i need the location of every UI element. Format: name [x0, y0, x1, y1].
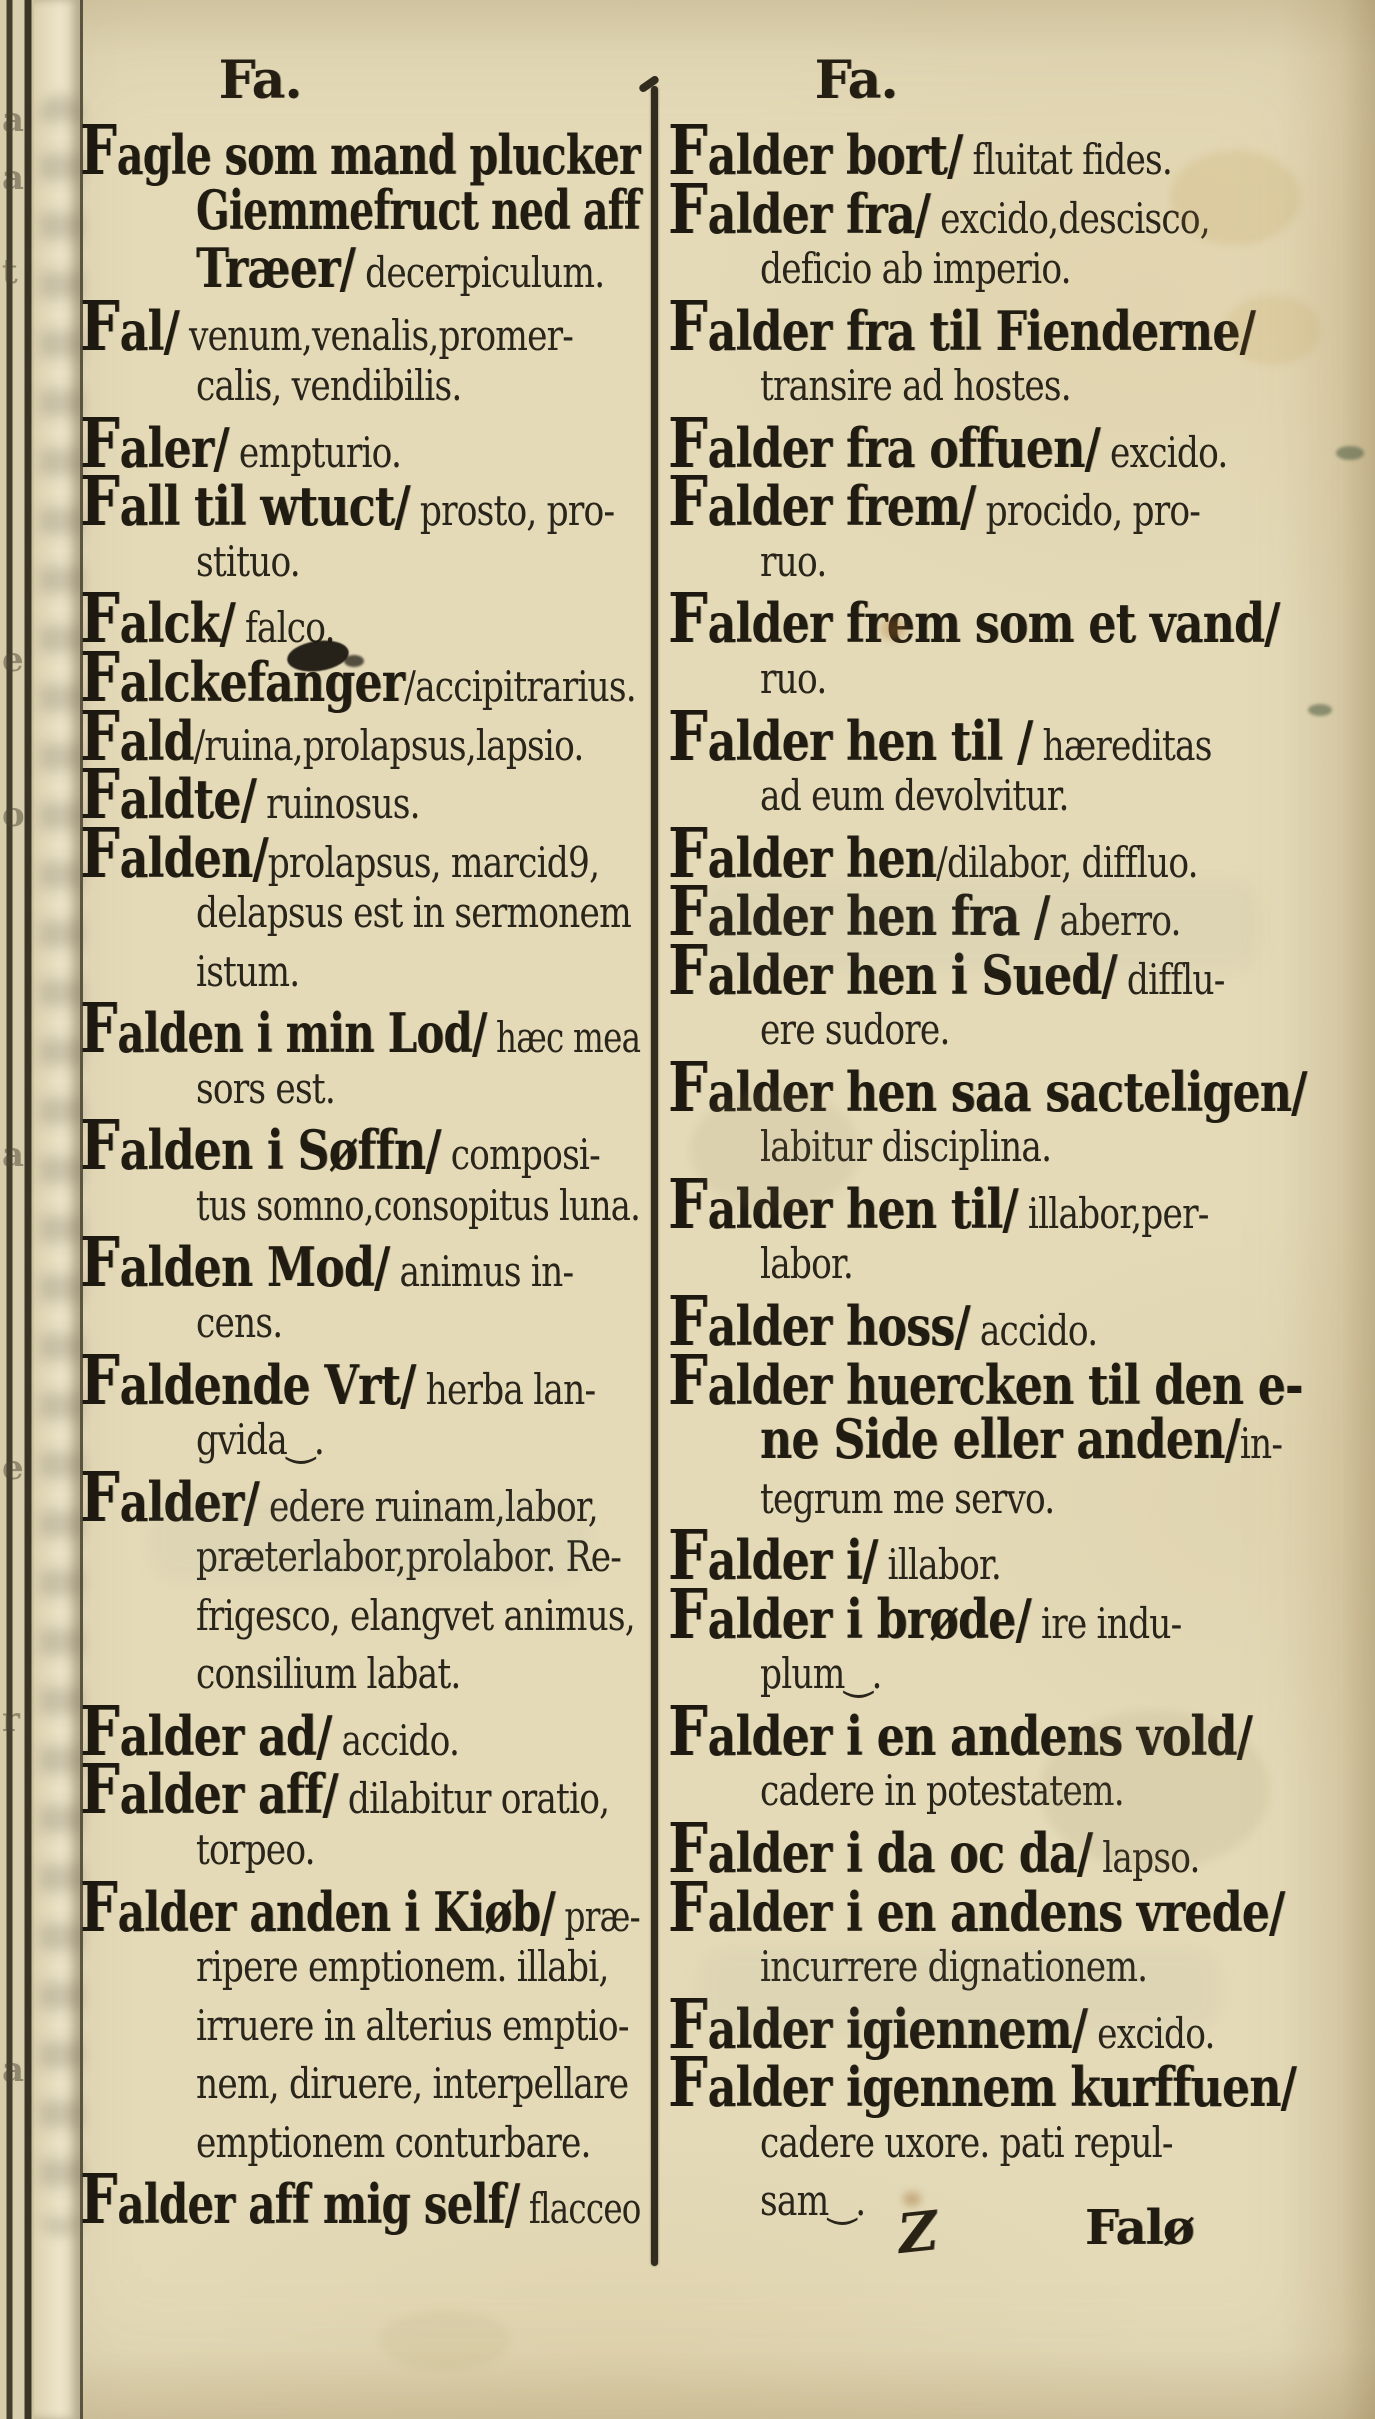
- headword-text: ne Side eller anden/: [760, 1407, 1240, 1471]
- margin-ghost-letter: e: [2, 640, 24, 680]
- latin-gloss-text: tegrum me servo.: [760, 1474, 1054, 1523]
- running-title-left: Fa.: [219, 50, 302, 111]
- latin-gloss-text: stituo.: [196, 537, 300, 586]
- dictionary-entry-line: torpeo.: [196, 1820, 315, 1879]
- entry-initial-letter: F: [80, 1458, 118, 1538]
- entry-initial-letter: F: [80, 814, 118, 894]
- dictionary-entry-line: Falder igennem kurffuen/: [668, 2054, 1296, 2113]
- latin-gloss-text: herba lan-: [415, 1365, 595, 1414]
- latin-gloss-text: præ-: [555, 1892, 640, 1941]
- ink-smudge: [1308, 704, 1332, 716]
- dictionary-entry-line: plum‿.: [760, 1644, 882, 1703]
- show-through-band: [700, 1950, 1220, 2030]
- headword-text: alder fra/: [708, 182, 930, 246]
- column-divider-rule: [651, 86, 658, 2266]
- latin-gloss-text: consilium labat.: [196, 1649, 461, 1698]
- latin-gloss-text: illabor.: [877, 1540, 1001, 1589]
- dictionary-entry-line: Falder fra til Fienderne/: [668, 298, 1255, 357]
- latin-gloss-text: empturio.: [229, 428, 401, 477]
- latin-gloss-text: irruere in alterius emptio-: [196, 2001, 629, 2050]
- dictionary-entry-line: Falden i min Lod/ hæc mea: [80, 1000, 640, 1059]
- dictionary-entry-line: Fall til wtuct/ prosto, pro-: [80, 473, 614, 532]
- headword-text: ald: [120, 709, 194, 773]
- ink-smudge: [1336, 446, 1364, 460]
- dictionary-entry-line: consilium labat.: [196, 1644, 461, 1703]
- latin-gloss-text: cens.: [196, 1298, 282, 1347]
- dictionary-entry-line: emptionem conturbare.: [196, 2113, 591, 2172]
- latin-gloss-text: excido,descisco,: [930, 194, 1210, 243]
- entry-initial-letter: F: [80, 111, 115, 191]
- latin-gloss-text: cadere uxore. pati repul-: [760, 2118, 1173, 2167]
- latin-gloss-text: sors est.: [196, 1064, 335, 1113]
- dictionary-entry-line: ruo.: [760, 532, 826, 591]
- margin-ghost-letter: e: [2, 1448, 24, 1488]
- latin-gloss-text: tus somno,consopitus luna.: [196, 1181, 640, 1230]
- dictionary-entry-line: Falder aff/ dilabitur oratio,: [80, 1761, 609, 1820]
- latin-gloss-text: ruinosus.: [256, 779, 420, 828]
- dictionary-entry-line: stituo.: [196, 532, 300, 591]
- dictionary-entry-line: deficio ab imperio.: [760, 239, 1071, 298]
- margin-ghost-letter: a: [2, 158, 24, 198]
- headword-text: alder fra til Fienderne/: [708, 299, 1255, 363]
- latin-gloss-text: composi-: [441, 1130, 600, 1179]
- headword-text: alder i/: [708, 1528, 878, 1592]
- latin-gloss-text: deficio ab imperio.: [760, 244, 1071, 293]
- dictionary-entry-line: Falden Mod/ animus in-: [80, 1234, 573, 1293]
- latin-gloss-text: fluitat fides.: [962, 135, 1172, 184]
- entry-initial-letter: F: [668, 1575, 706, 1655]
- latin-gloss-text: hæc mea: [486, 1013, 640, 1062]
- headword-text: all til wtuct/: [120, 474, 410, 538]
- headword-text: alder igennem kurffuen/: [708, 2055, 1296, 2119]
- dictionary-entry-line: Falder frem som et vand/: [668, 590, 1279, 649]
- entry-initial-letter: F: [80, 287, 118, 367]
- latin-gloss-text: ripere emptionem. illabi,: [196, 1942, 609, 1991]
- latin-gloss-text: animus in-: [389, 1247, 573, 1296]
- dictionary-entry-line: Falder ad/ accido.: [80, 1703, 459, 1762]
- headword-text: alder hen til /: [708, 709, 1033, 773]
- headword-text: alder anden i Kiøb/: [118, 1880, 555, 1944]
- entry-initial-letter: F: [80, 2160, 116, 2240]
- headword-text: alck/: [120, 591, 235, 655]
- dictionary-entry-line: Fald/ruina,prolapsus,lapsio.: [80, 708, 584, 767]
- gathering-signature-mark: Z: [895, 2198, 941, 2266]
- dictionary-entry-line: Faler/ empturio.: [80, 415, 401, 474]
- dictionary-entry-line: sam‿.: [760, 2171, 865, 2230]
- headword-text: alder i brøde/: [708, 1587, 1031, 1651]
- dictionary-entry-line: istum.: [196, 942, 299, 1001]
- dictionary-entry-line: Falder anden i Kiøb/ præ-: [80, 1879, 640, 1938]
- headword-text: alden Mod/: [120, 1235, 390, 1299]
- dictionary-entry-line: Falder huercken til den e-: [668, 1352, 1303, 1411]
- dictionary-entry-line: gvida‿.: [196, 1410, 324, 1469]
- headword-text: alder frem/: [708, 474, 976, 538]
- headword-text: alder i da oc da/: [708, 1821, 1093, 1885]
- paper-stain: [1040, 1710, 1270, 1870]
- latin-gloss-text: ire indu-: [1031, 1599, 1182, 1648]
- entry-initial-letter: F: [668, 1048, 706, 1128]
- margin-ghost-letter: t: [2, 252, 18, 292]
- latin-gloss-text: ad eum devolvitur.: [760, 771, 1069, 820]
- entry-initial-letter: F: [80, 1341, 118, 1421]
- latin-gloss-text: emptionem conturbare.: [196, 2118, 591, 2167]
- latin-gloss-text: hæreditas: [1032, 721, 1211, 770]
- dictionary-entry-line: Træer/ decerpiculum.: [196, 239, 604, 298]
- scanned-dictionary-page: Fa. Fa. Fagle som mand pluckerGiemmefruc…: [0, 0, 1375, 2419]
- headword-text: alden/: [120, 826, 268, 890]
- latin-gloss-text: /ruina,prolapsus,lapsio.: [194, 721, 584, 770]
- catchword: Falø: [1085, 2200, 1194, 2256]
- latin-gloss-text: ere sudore.: [760, 1005, 950, 1054]
- entry-initial-letter: F: [668, 1868, 706, 1948]
- latin-gloss-text: labor.: [760, 1239, 853, 1288]
- dictionary-entry-line: irruere in alterius emptio-: [196, 1996, 629, 2055]
- dictionary-entry-line: Falden/prolapsus, marcid9,: [80, 825, 599, 884]
- dictionary-entry-line: nem, diruere, interpellare: [196, 2054, 628, 2113]
- headword-text: alder frem som et vand/: [708, 591, 1280, 655]
- margin-ghost-letter: a: [2, 2050, 24, 2090]
- show-through-band: [150, 1500, 590, 1580]
- margin-ghost-letter: o: [2, 795, 25, 835]
- dictionary-entry-line: tegrum me servo.: [760, 1469, 1054, 1528]
- latin-gloss-text: istum.: [196, 947, 299, 996]
- dictionary-entry-line: Falder i brøde/ ire indu-: [668, 1586, 1181, 1645]
- paper-stain: [903, 2192, 921, 2206]
- margin-ghost-letter: a: [2, 100, 24, 140]
- dictionary-entry-line: Falder fra/ excido,descisco,: [668, 181, 1210, 240]
- margin-ghost-letter: r: [2, 1700, 20, 1740]
- headword-text: alder aff mig self/: [117, 2172, 519, 2236]
- headword-text: alder fra offuen/: [708, 416, 1100, 480]
- dictionary-entry-line: ere sudore.: [760, 1000, 950, 1059]
- latin-gloss-text: accido.: [331, 1716, 459, 1765]
- dictionary-entry-line: Falder hen til / hæreditas: [668, 708, 1212, 767]
- latin-gloss-text: transire ad hostes.: [760, 361, 1071, 410]
- gutter-ink-ghosts: [40, 95, 82, 2235]
- dictionary-entry-line: Faldende Vrt/ herba lan-: [80, 1352, 595, 1411]
- dictionary-entry-line: Falden i Søffn/ composi-: [80, 1117, 600, 1176]
- dictionary-entry-line: Falder hen/dilabor, diffluo.: [668, 825, 1198, 884]
- latin-gloss-text: calis, vendibilis.: [196, 361, 461, 410]
- latin-gloss-text: gvida‿.: [196, 1415, 324, 1464]
- latin-gloss-text: prolapsus, marcid9,: [268, 838, 600, 887]
- dictionary-entry-line: transire ad hostes.: [760, 356, 1071, 415]
- dictionary-entry-line: Falder i/ illabor.: [668, 1527, 1001, 1586]
- latin-gloss-text: ruo.: [760, 537, 826, 586]
- dictionary-entry-line: ne Side eller anden/in-: [760, 1410, 1282, 1469]
- dictionary-entry-line: frigesco, elangvet animus,: [196, 1586, 635, 1645]
- latin-gloss-text: sam‿.: [760, 2176, 865, 2225]
- latin-gloss-text: decerpiculum.: [355, 248, 604, 297]
- dictionary-entry-line: Faldte/ ruinosus.: [80, 766, 420, 825]
- dictionary-entry-line: Fagle som mand plucker: [80, 122, 640, 181]
- latin-gloss-text: venum,venalis,promer-: [179, 311, 573, 360]
- headword-text: alder i en andens vrede/: [708, 1880, 1285, 1944]
- headword-text: alder bort/: [708, 123, 963, 187]
- entry-initial-letter: F: [668, 2043, 706, 2123]
- headword-text: Træer/: [196, 236, 355, 300]
- dictionary-entry-line: Falder i en andens vrede/: [668, 1879, 1284, 1938]
- entry-initial-letter: F: [668, 697, 706, 777]
- dictionary-entry-line: ruo.: [760, 649, 826, 708]
- dictionary-entry-line: Fal/ venum,venalis,promer-: [80, 298, 573, 357]
- headword-text: alden i Søffn/: [120, 1118, 441, 1182]
- headword-text: al/: [120, 299, 179, 363]
- dictionary-entry-line: Falder aff mig self/ flacceo: [80, 2171, 641, 2230]
- paper-stain: [380, 2310, 510, 2370]
- dictionary-entry-line: sors est.: [196, 1059, 335, 1118]
- dictionary-entry-line: Giemmefruct ned aff: [196, 181, 640, 240]
- headword-text: Giemmefruct ned aff: [196, 178, 640, 242]
- entry-initial-letter: F: [668, 1692, 706, 1772]
- latin-gloss-text: plum‿.: [760, 1649, 882, 1698]
- dictionary-entry-line: ad eum devolvitur.: [760, 766, 1069, 825]
- entry-initial-letter: F: [80, 1106, 118, 1186]
- running-title-right: Fa.: [815, 50, 898, 111]
- entry-initial-letter: F: [80, 1750, 118, 1830]
- latin-gloss-text: nem, diruere, interpellare: [196, 2059, 628, 2108]
- entry-initial-letter: F: [668, 462, 706, 542]
- entry-initial-letter: F: [668, 579, 706, 659]
- paper-stain: [690, 1090, 860, 1210]
- latin-gloss-text: excido.: [1100, 428, 1228, 477]
- latin-gloss-text: dilabitur oratio,: [338, 1774, 610, 1823]
- headword-text: aler/: [120, 416, 229, 480]
- headword-text: aldte/: [120, 767, 256, 831]
- entry-initial-letter: F: [80, 1868, 116, 1948]
- latin-gloss-text: illabor,per-: [1018, 1189, 1209, 1238]
- dictionary-entry-line: tus somno,consopitus luna.: [196, 1176, 640, 1235]
- latin-gloss-text: accido.: [970, 1306, 1098, 1355]
- dictionary-entry-line: cadere uxore. pati repul-: [760, 2113, 1173, 2172]
- headword-text: alder ad/: [120, 1704, 332, 1768]
- headword-text: alden i min Lod/: [117, 1001, 486, 1065]
- latin-gloss-text: ruo.: [760, 654, 826, 703]
- dictionary-entry-line: Falder bort/ fluitat fides.: [668, 122, 1172, 181]
- latin-gloss-text: in-: [1240, 1419, 1282, 1468]
- latin-gloss-text: flacceo: [519, 2184, 640, 2233]
- dictionary-entry-line: calis, vendibilis.: [196, 356, 461, 415]
- dictionary-entry-line: ripere emptionem. illabi,: [196, 1937, 609, 1996]
- headword-text: alder aff/: [120, 1762, 338, 1826]
- headword-text: aldende Vrt/: [120, 1353, 416, 1417]
- latin-gloss-text: prosto, pro-: [410, 486, 615, 535]
- latin-gloss-text: frigesco, elangvet animus,: [196, 1591, 635, 1640]
- dictionary-entry-line: Falck/ falco.: [80, 590, 335, 649]
- entry-initial-letter: F: [80, 1223, 118, 1303]
- dictionary-entry-line: delapsus est in sermonem: [196, 883, 631, 942]
- dictionary-entry-line: cens.: [196, 1293, 282, 1352]
- dictionary-entry-line: Falder fra offuen/ excido.: [668, 415, 1228, 474]
- margin-ghost-letter: a: [2, 1135, 24, 1175]
- paper-stain: [1170, 150, 1300, 245]
- latin-gloss-text: procido, pro-: [976, 486, 1201, 535]
- latin-gloss-text: delapsus est in sermonem: [196, 888, 631, 937]
- paper-stain: [1225, 295, 1320, 365]
- entry-initial-letter: F: [80, 989, 116, 1069]
- latin-gloss-text: /accipitrarius.: [404, 662, 636, 711]
- headword-text: alder hoss/: [708, 1294, 970, 1358]
- paper-stain: [880, 618, 906, 640]
- dictionary-entry-line: Falder hoss/ accido.: [668, 1293, 1097, 1352]
- ink-blot-satellite: [344, 655, 364, 667]
- entry-initial-letter: F: [668, 170, 706, 250]
- entry-initial-letter: F: [668, 287, 706, 367]
- latin-gloss-text: torpeo.: [196, 1825, 315, 1874]
- entry-initial-letter: F: [668, 1341, 706, 1421]
- dictionary-entry-line: Falder frem/ procido, pro-: [668, 473, 1200, 532]
- entry-initial-letter: F: [80, 462, 118, 542]
- show-through-band: [700, 880, 1260, 970]
- dictionary-entry-line: labor.: [760, 1234, 853, 1293]
